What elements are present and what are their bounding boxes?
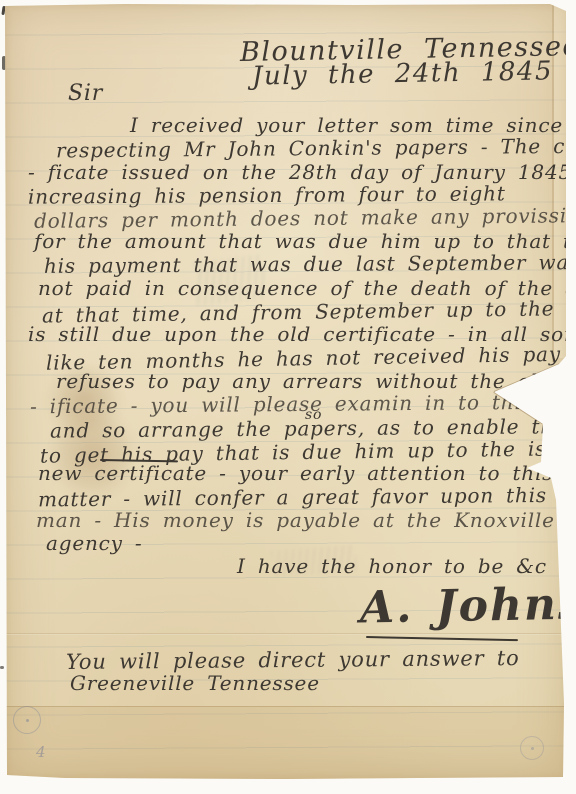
postscript-line: You will please direct your answer to <box>66 648 520 673</box>
letter-date-line: July the 24th 1845 <box>252 58 553 89</box>
letter-body-line: agency - <box>46 533 142 553</box>
letter-paper: Blountville Tennessee July the 24th 1845… <box>5 4 567 780</box>
circle-mark-dot <box>26 719 29 722</box>
letter-body-line: man - His money is payable at the Knoxvi… <box>36 510 555 530</box>
signature: A. Johnson <box>360 581 576 630</box>
letter-body-line: for the amount that was due him up to th… <box>34 231 576 251</box>
letter-body-line: respecting Mr John Conkin's papers - The… <box>56 136 576 161</box>
letter-body-line: new certificate - your early attention t… <box>38 463 553 483</box>
fold-crease-upper <box>5 633 567 635</box>
scan-artifact <box>1 6 5 15</box>
letter-closing: I have the honor to be &c <box>237 556 547 576</box>
pencil-mark: 4 <box>36 745 46 760</box>
letter-body-line: increasing his pension from four to eigh… <box>28 183 506 206</box>
letter-body-line: not paid in consequence of the death of … <box>38 278 576 298</box>
letter-body-line: I received your letter som time since <box>130 115 563 135</box>
scan-artifact <box>0 666 4 669</box>
caret-insertion-word: so <box>305 408 322 422</box>
letter-body-line: matter - will confer a great favor upon … <box>38 485 576 510</box>
letter-body-line: - ificate - you will please examin in to… <box>30 392 565 417</box>
faint-circle-mark-left <box>13 706 41 734</box>
faint-circle-mark-right <box>520 736 544 760</box>
letter-body-line: his payment that was due last September … <box>44 252 576 276</box>
letter-body-line: is still due upon the old certificate - … <box>28 324 576 344</box>
letter-body-line: dollars per month does not make any prov… <box>34 205 576 231</box>
scanned-letter-page: { "letter": { "heading_line1": "Blountvi… <box>0 0 576 794</box>
postscript-line: Greeneville Tennessee <box>70 673 320 693</box>
letter-salutation: Sir <box>68 83 103 105</box>
letter-body-line: refuses to pay any arrears without the o… <box>56 371 551 391</box>
fold-crease-lower-band <box>5 706 567 781</box>
circle-mark-dot <box>531 747 534 750</box>
letter-body-line: - ficate issued on the 28th day of Janur… <box>28 162 572 182</box>
